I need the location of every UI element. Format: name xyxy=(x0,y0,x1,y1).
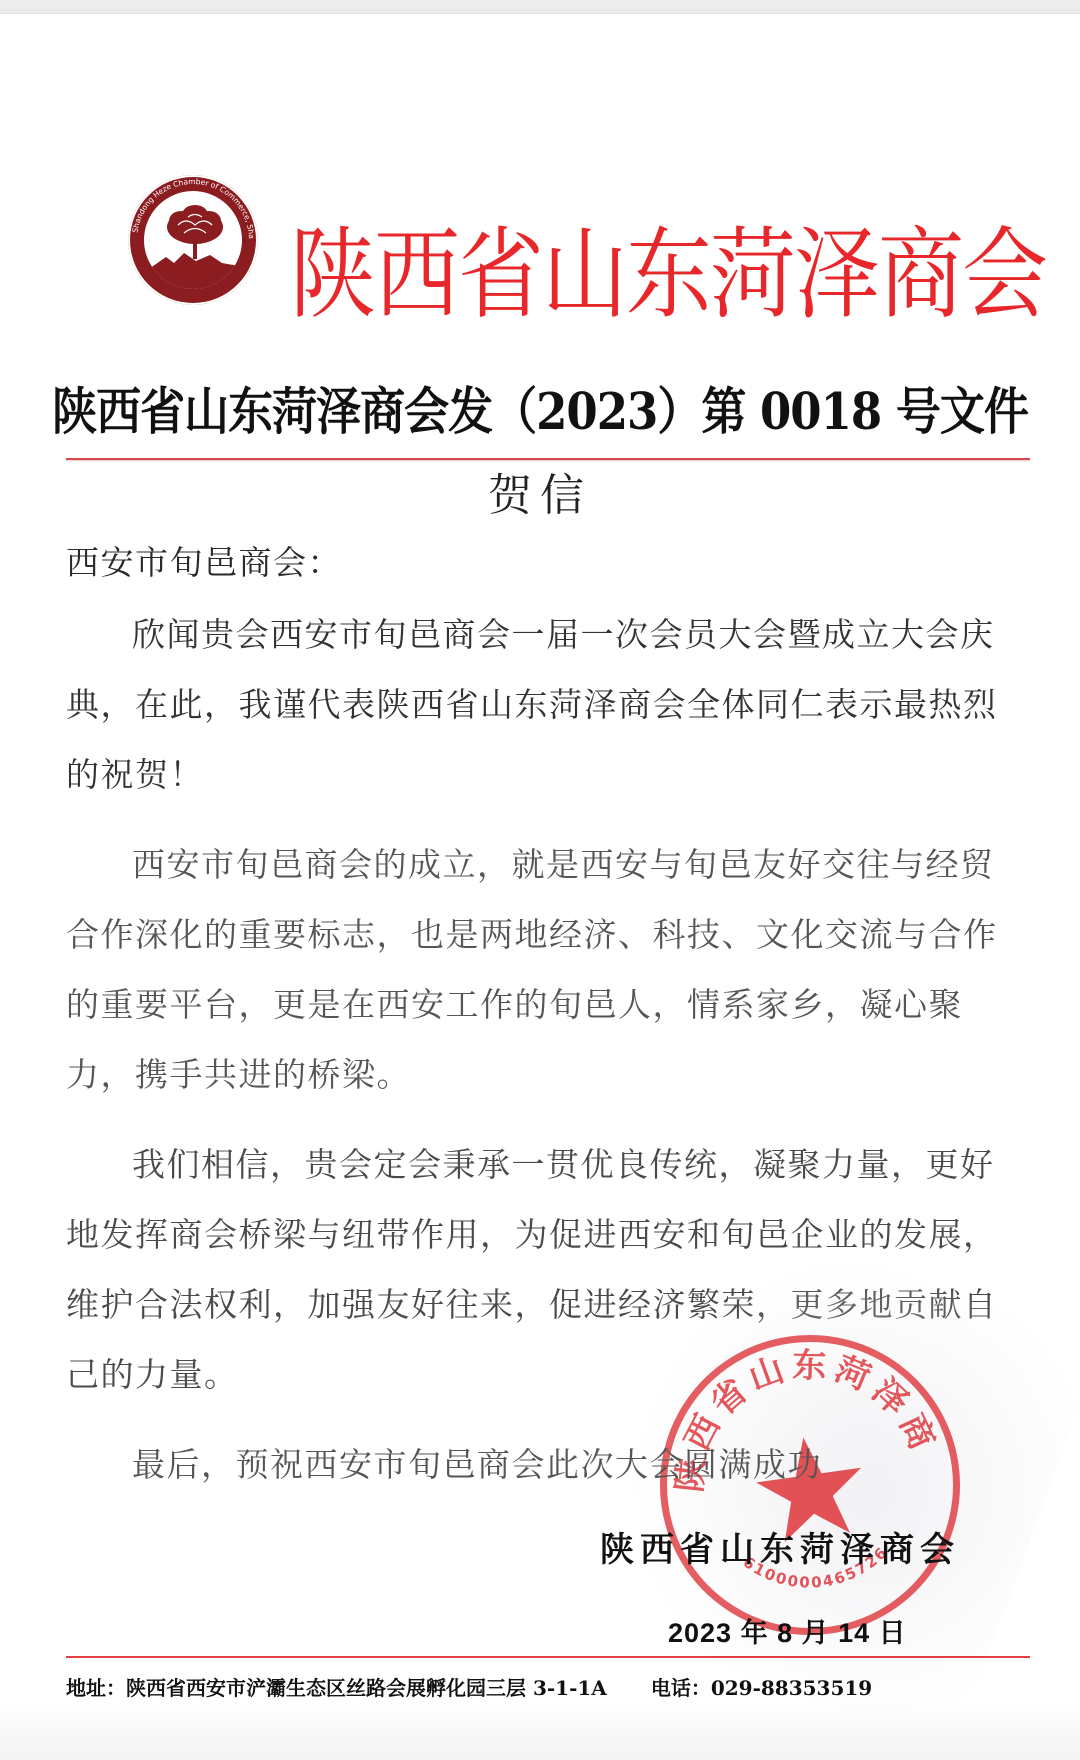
footer-divider xyxy=(66,1656,1030,1658)
document-number: 陕西省山东菏泽商会发（2023）第 0018 号文件 xyxy=(0,378,1080,445)
peony-icon xyxy=(144,191,244,291)
chamber-logo-icon: Shandong Heze Chamber of Commerce, Shaan… xyxy=(128,175,258,305)
footer-address: 地址：陕西省西安市浐灞生态区丝路会展孵化园三层 3-1-1A xyxy=(66,1676,607,1700)
paragraph-1: 欣闻贵会西安市旬邑商会一届一次会员大会暨成立大会庆典，在此，我谨代表陕西省山东菏… xyxy=(66,600,1016,810)
signature-org: 陕西省山东菏泽商会 xyxy=(600,1520,960,1580)
paragraph-4: 最后，预祝西安市旬邑商会此次大会圆满成功 xyxy=(66,1430,1016,1500)
footer-phone: 电话：029-88353519 xyxy=(651,1676,872,1700)
top-status-bar xyxy=(0,0,1080,14)
org-letterhead-title: 陕西省山东菏泽商会 xyxy=(290,212,1046,339)
letter-title: 贺信 xyxy=(0,464,1080,528)
salutation: 西安市旬邑商会： xyxy=(66,528,1016,598)
paragraph-2: 西安市旬邑商会的成立，就是西安与旬邑友好交往与经贸合作深化的重要标志，也是两地经… xyxy=(66,830,1016,1110)
logo-inner-disc xyxy=(142,189,244,291)
signature-date: 2023 年 8 月 14 日 xyxy=(668,1613,907,1653)
footer-contact: 地址：陕西省西安市浐灞生态区丝路会展孵化园三层 3-1-1A电话：029-883… xyxy=(66,1672,872,1704)
header-divider xyxy=(66,458,1030,460)
